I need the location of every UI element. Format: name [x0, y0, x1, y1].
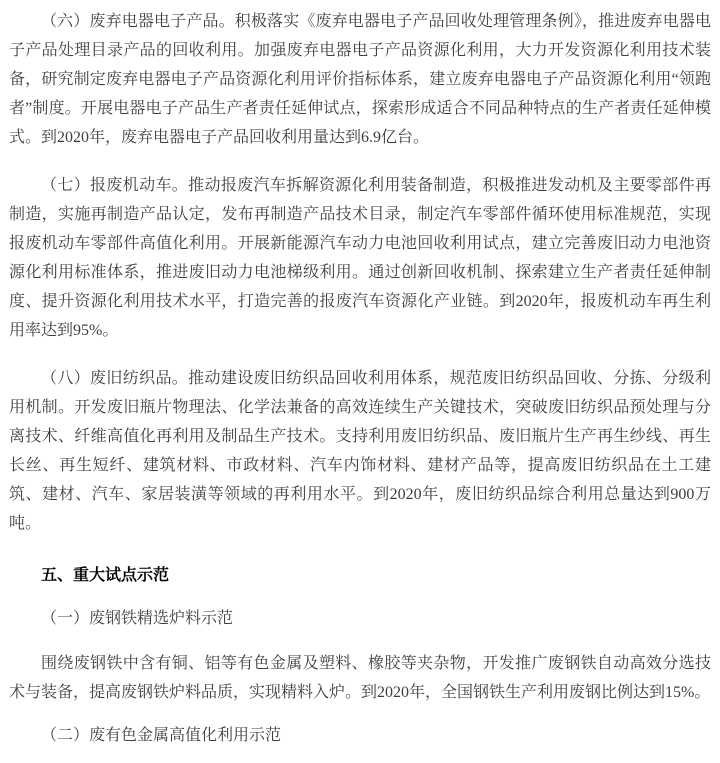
- subsection-heading-scrap-steel-furnace-material: （一）废钢铁精选炉料示范: [9, 604, 711, 633]
- paragraph-scrapped-vehicles: （七）报废机动车。推动报废汽车拆解资源化利用装备制造，积极推进发动机及主要零部件…: [9, 171, 711, 345]
- subsection-heading-nonferrous-metal-utilization: （二）废有色金属高值化利用示范: [9, 721, 711, 750]
- paragraph-waste-textiles: （八）废旧纺织品。推动建设废旧纺织品回收利用体系，规范废旧纺织品回收、分拣、分级…: [9, 364, 711, 538]
- paragraph-scrap-steel-demo: 围绕废钢铁中含有铜、铝等有色金属及塑料、橡胶等夹杂物，开发推广废钢铁自动高效分选…: [9, 649, 711, 707]
- document-body: （六）废弃电器电子产品。积极落实《废弃电器电子产品回收处理管理条例》，推进废弃电…: [9, 7, 711, 750]
- document-page: { "page": { "background_color": "#ffffff…: [0, 0, 720, 763]
- section-heading-major-pilot-demonstrations: 五、重大试点示范: [9, 561, 711, 590]
- paragraph-waste-electronics: （六）废弃电器电子产品。积极落实《废弃电器电子产品回收处理管理条例》，推进废弃电…: [9, 7, 711, 152]
